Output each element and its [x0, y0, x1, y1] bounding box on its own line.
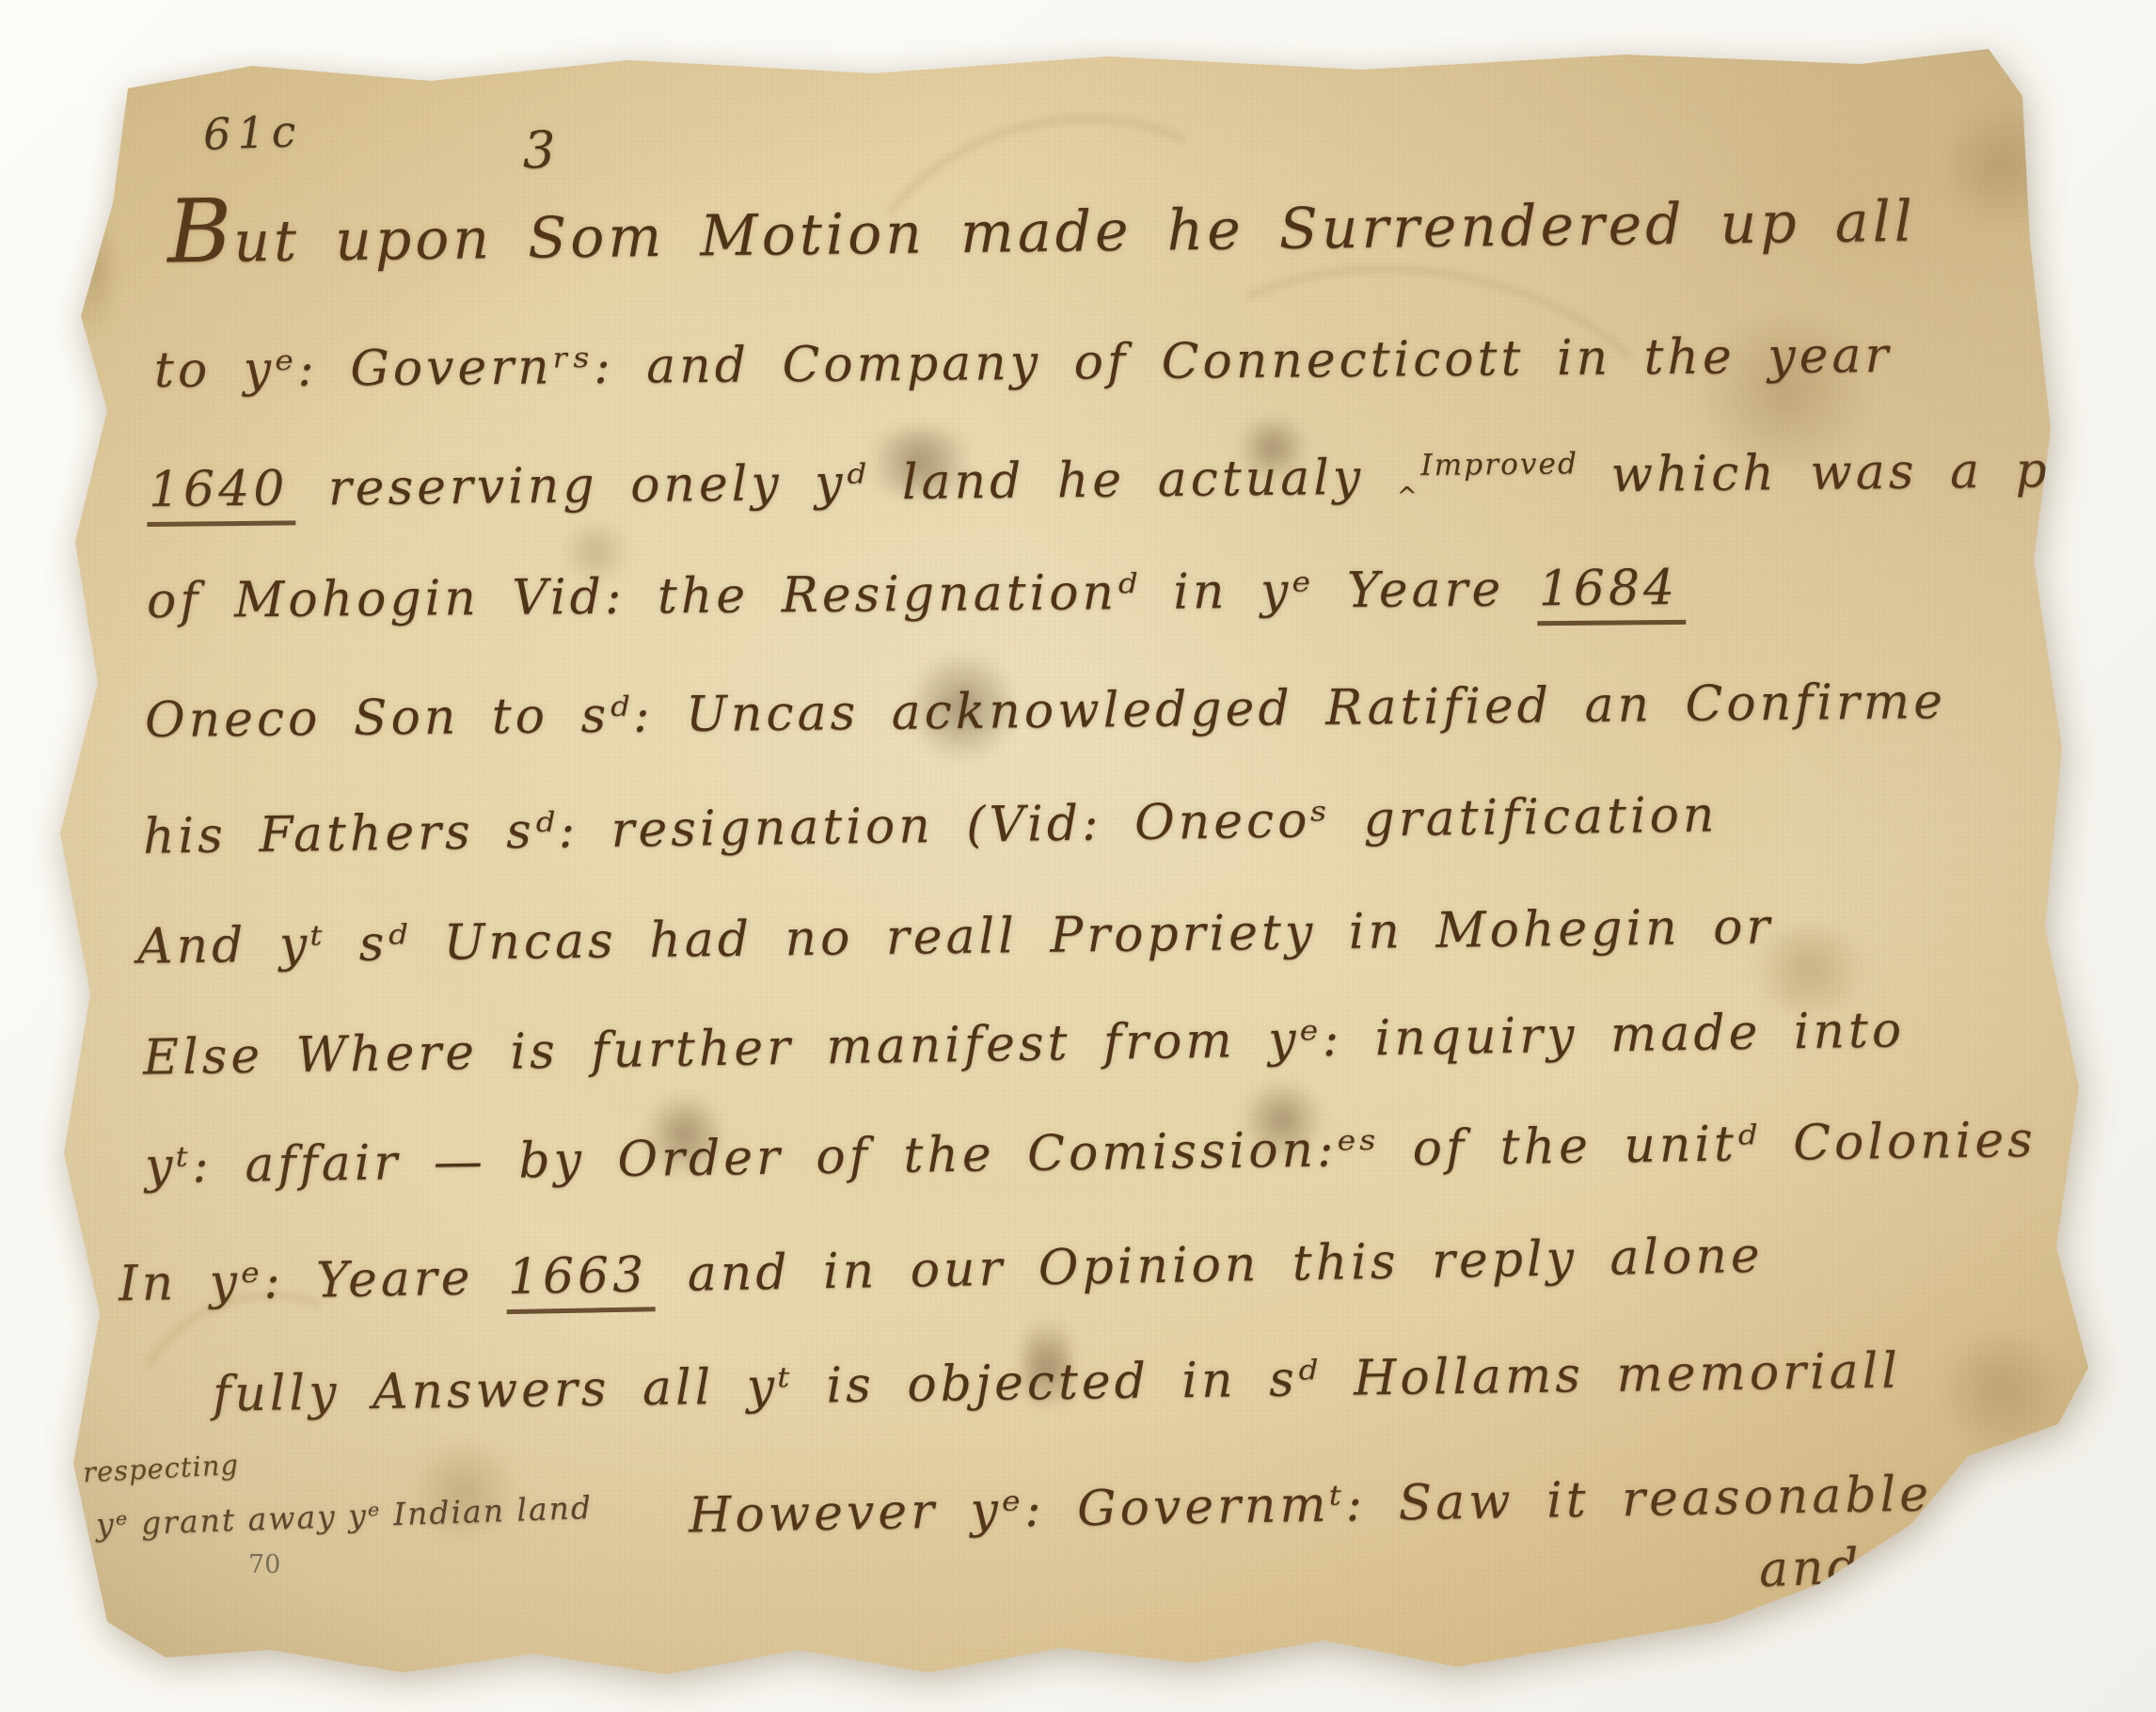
manuscript-line: But upon Som Motion made he Surrendered …: [167, 189, 1917, 277]
manuscript-line: Else Where is further manifest from yᵉ: …: [143, 1002, 1906, 1086]
manuscript-text-segment: Oneco Son to sᵈ: Uncas acknowledged Rati…: [145, 674, 1947, 749]
manuscript-text-segment: and in our Opinion this reply alone: [655, 1228, 1764, 1304]
photograph-background: 61c 3 But upon Som Motion made he Surren…: [0, 0, 2156, 1712]
manuscript-text-segment: B: [166, 181, 234, 283]
manuscript-text-segment: 1684: [1536, 560, 1686, 626]
manuscript-line: yᵗ: affair — by Order of the Comission:ᵉ…: [145, 1112, 2037, 1195]
manuscript-text-segment: 1663: [505, 1246, 656, 1314]
ink-blot: [1926, 1332, 2077, 1445]
manuscript-text-segment: However yᵉ: Governmᵗ: Saw it reasonable: [689, 1466, 1933, 1544]
manuscript-text-segment: And yᵗ sᵈ Uncas had no reall Propriety i…: [137, 898, 1774, 975]
manuscript-line: In yᵉ: Yeare 1663 and in our Opinion thi…: [119, 1228, 1765, 1313]
manuscript-text-segment: his Fathers sᵈ: resignation (Vid: Onecoˢ…: [143, 786, 1719, 864]
archive-number: 61c: [202, 105, 303, 160]
catalog-number: 70: [248, 1550, 280, 1579]
manuscript-line: of Mohogin Vid: the Resignationᵈ in yᵉ Y…: [147, 560, 1687, 629]
manuscript-line: 1640 reserving onely yᵈ land he actualy …: [147, 441, 2134, 524]
manuscript-text-segment: yᵗ: affair — by Order of the Comission:ᵉ…: [145, 1112, 2037, 1195]
manuscript-text-segment: of Mohogin Vid: the Resignationᵈ in yᵉ Y…: [147, 561, 1537, 629]
closing-word: and —: [1758, 1536, 1935, 1598]
page-number: 3: [523, 120, 555, 180]
marginal-note-line2: yᵉ grant away yᵉ Indian land: [95, 1489, 593, 1543]
manuscript-text-segment: In yᵉ: Yeare: [119, 1249, 507, 1312]
ink-blot: [55, 175, 111, 363]
manuscript-line: And yᵗ sᵈ Uncas had no reall Propriety i…: [137, 898, 1774, 975]
manuscript-text-segment: ^: [1397, 483, 1421, 511]
manuscript-text-segment: ut upon Som Motion made he Surrendered u…: [233, 189, 1916, 276]
manuscript-text-segment: Improved: [1420, 447, 1578, 483]
manuscript-text-segment: which was a part: [1578, 441, 2134, 503]
ink-blot: [1945, 90, 2058, 241]
manuscript-text-segment: fully Answers all yᵗ is objected in sᵈ H…: [213, 1342, 1902, 1422]
manuscript-paper: 61c 3 But upon Som Motion made he Surren…: [26, 34, 2092, 1689]
manuscript-line: However yᵉ: Governmᵗ: Saw it reasonable: [689, 1466, 1933, 1544]
paper-sheet: 61c 3 But upon Som Motion made he Surren…: [26, 34, 2092, 1689]
manuscript-text-segment: reserving onely yᵈ land he actualy: [295, 449, 1397, 516]
manuscript-line: his Fathers sᵈ: resignation (Vid: Onecoˢ…: [143, 786, 1719, 864]
manuscript-text-segment: Else Where is further manifest from yᵉ: …: [143, 1002, 1906, 1086]
manuscript-text-segment: 1640: [147, 461, 296, 528]
manuscript-line: fully Answers all yᵗ is objected in sᵈ H…: [213, 1342, 1902, 1422]
manuscript-line: Oneco Son to sᵈ: Uncas acknowledged Rati…: [145, 674, 1947, 749]
